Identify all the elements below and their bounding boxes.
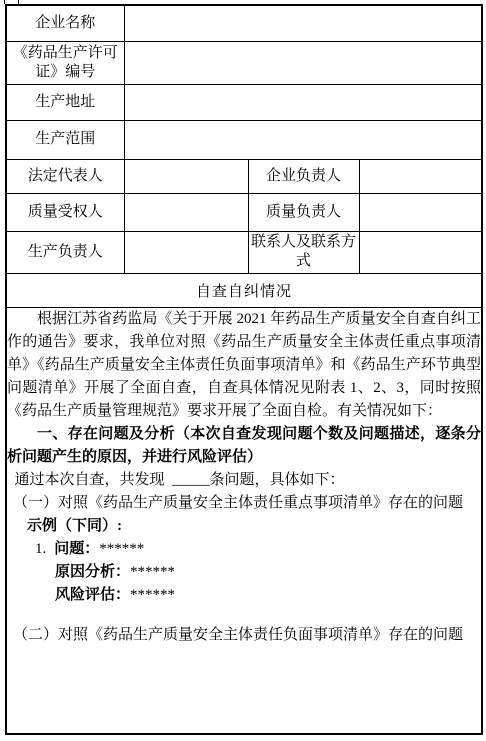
row-production-scope: 生产范围 xyxy=(6,120,482,159)
item2-line: （二）对照《药品生产质量安全主体责任负面事项清单》存在的问题 xyxy=(7,624,481,647)
row-report-body: 根据江苏省药监局《关于开展 2021 年药品生产质量安全自查自纠工作的通告》要求… xyxy=(6,307,482,734)
quality-authorized-person-field[interactable] xyxy=(124,193,248,231)
quality-head-field[interactable] xyxy=(359,193,482,231)
production-head-field[interactable] xyxy=(124,231,248,273)
enterprise-head-field[interactable] xyxy=(359,159,482,193)
legal-representative-label: 法定代表人 xyxy=(6,159,124,193)
enterprise-name-field[interactable] xyxy=(124,5,482,41)
contact-person-label: 联系人及联系方式 xyxy=(248,231,359,273)
risk-assessment-value: ****** xyxy=(130,587,175,603)
cause-analysis-label: 原因分析： xyxy=(55,564,130,580)
row-production-address: 生产地址 xyxy=(6,84,482,120)
summary-suffix: 条问题，具体如下： xyxy=(210,472,345,488)
enterprise-head-label: 企业负责人 xyxy=(248,159,359,193)
section1-heading: 一、存在问题及分析（本次自查发现问题个数及问题描述，逐条分析问题产生的原因，并进… xyxy=(7,423,481,469)
document-page: 企业名称 《药品生产许可证》编号 生产地址 生产范围 法定代表人 企业负责人 质… xyxy=(0,0,486,741)
row-enterprise-name: 企业名称 xyxy=(6,5,482,41)
row-license-number: 《药品生产许可证》编号 xyxy=(6,41,482,84)
question1-value: ****** xyxy=(99,541,144,557)
row-legal-representative: 法定代表人 企业负责人 xyxy=(6,159,482,193)
summary-prefix: 通过本次自查，共发现 xyxy=(15,472,165,488)
question1-number: 1. xyxy=(35,541,46,557)
item1-line: （一）对照《药品生产质量安全主体责任重点事项清单》存在的问题 xyxy=(7,492,481,515)
row-production-head: 生产负责人 联系人及联系方式 xyxy=(6,231,482,273)
production-address-field[interactable] xyxy=(124,84,482,120)
cause-analysis-line: 原因分析：****** xyxy=(7,561,481,584)
problem-count-blank[interactable]: _____ xyxy=(165,469,210,492)
production-scope-label: 生产范围 xyxy=(6,120,124,159)
legal-representative-field[interactable] xyxy=(124,159,248,193)
question1-line: 1.问题：****** xyxy=(7,538,481,561)
cause-analysis-value: ****** xyxy=(130,564,175,580)
row-section-header: 自查自纠情况 xyxy=(6,273,482,307)
row-quality-authorized-person: 质量受权人 质量负责人 xyxy=(6,193,482,231)
production-address-label: 生产地址 xyxy=(6,84,124,120)
risk-assessment-line: 风险评估：****** xyxy=(7,584,481,607)
risk-assessment-label: 风险评估： xyxy=(55,587,130,603)
production-head-label: 生产负责人 xyxy=(6,231,124,273)
production-scope-field[interactable] xyxy=(124,120,482,159)
enterprise-name-label: 企业名称 xyxy=(6,5,124,41)
quality-head-label: 质量负责人 xyxy=(248,193,359,231)
quality-authorized-person-label: 质量受权人 xyxy=(6,193,124,231)
item1-note-line: 示例（下同）: xyxy=(7,515,481,538)
self-inspection-form-table: 企业名称 《药品生产许可证》编号 生产地址 生产范围 法定代表人 企业负责人 质… xyxy=(5,4,483,735)
summary-line: 通过本次自查，共发现_____条问题，具体如下： xyxy=(7,469,481,492)
contact-person-field[interactable] xyxy=(359,231,482,273)
report-body-cell: 根据江苏省药监局《关于开展 2021 年药品生产质量安全自查自纠工作的通告》要求… xyxy=(6,307,482,734)
report-intro-paragraph: 根据江苏省药监局《关于开展 2021 年药品生产质量安全自查自纠工作的通告》要求… xyxy=(7,308,481,423)
section-title: 自查自纠情况 xyxy=(6,273,482,307)
question1-label: 问题： xyxy=(54,541,99,557)
license-number-field[interactable] xyxy=(124,41,482,84)
license-number-label: 《药品生产许可证》编号 xyxy=(6,41,124,84)
